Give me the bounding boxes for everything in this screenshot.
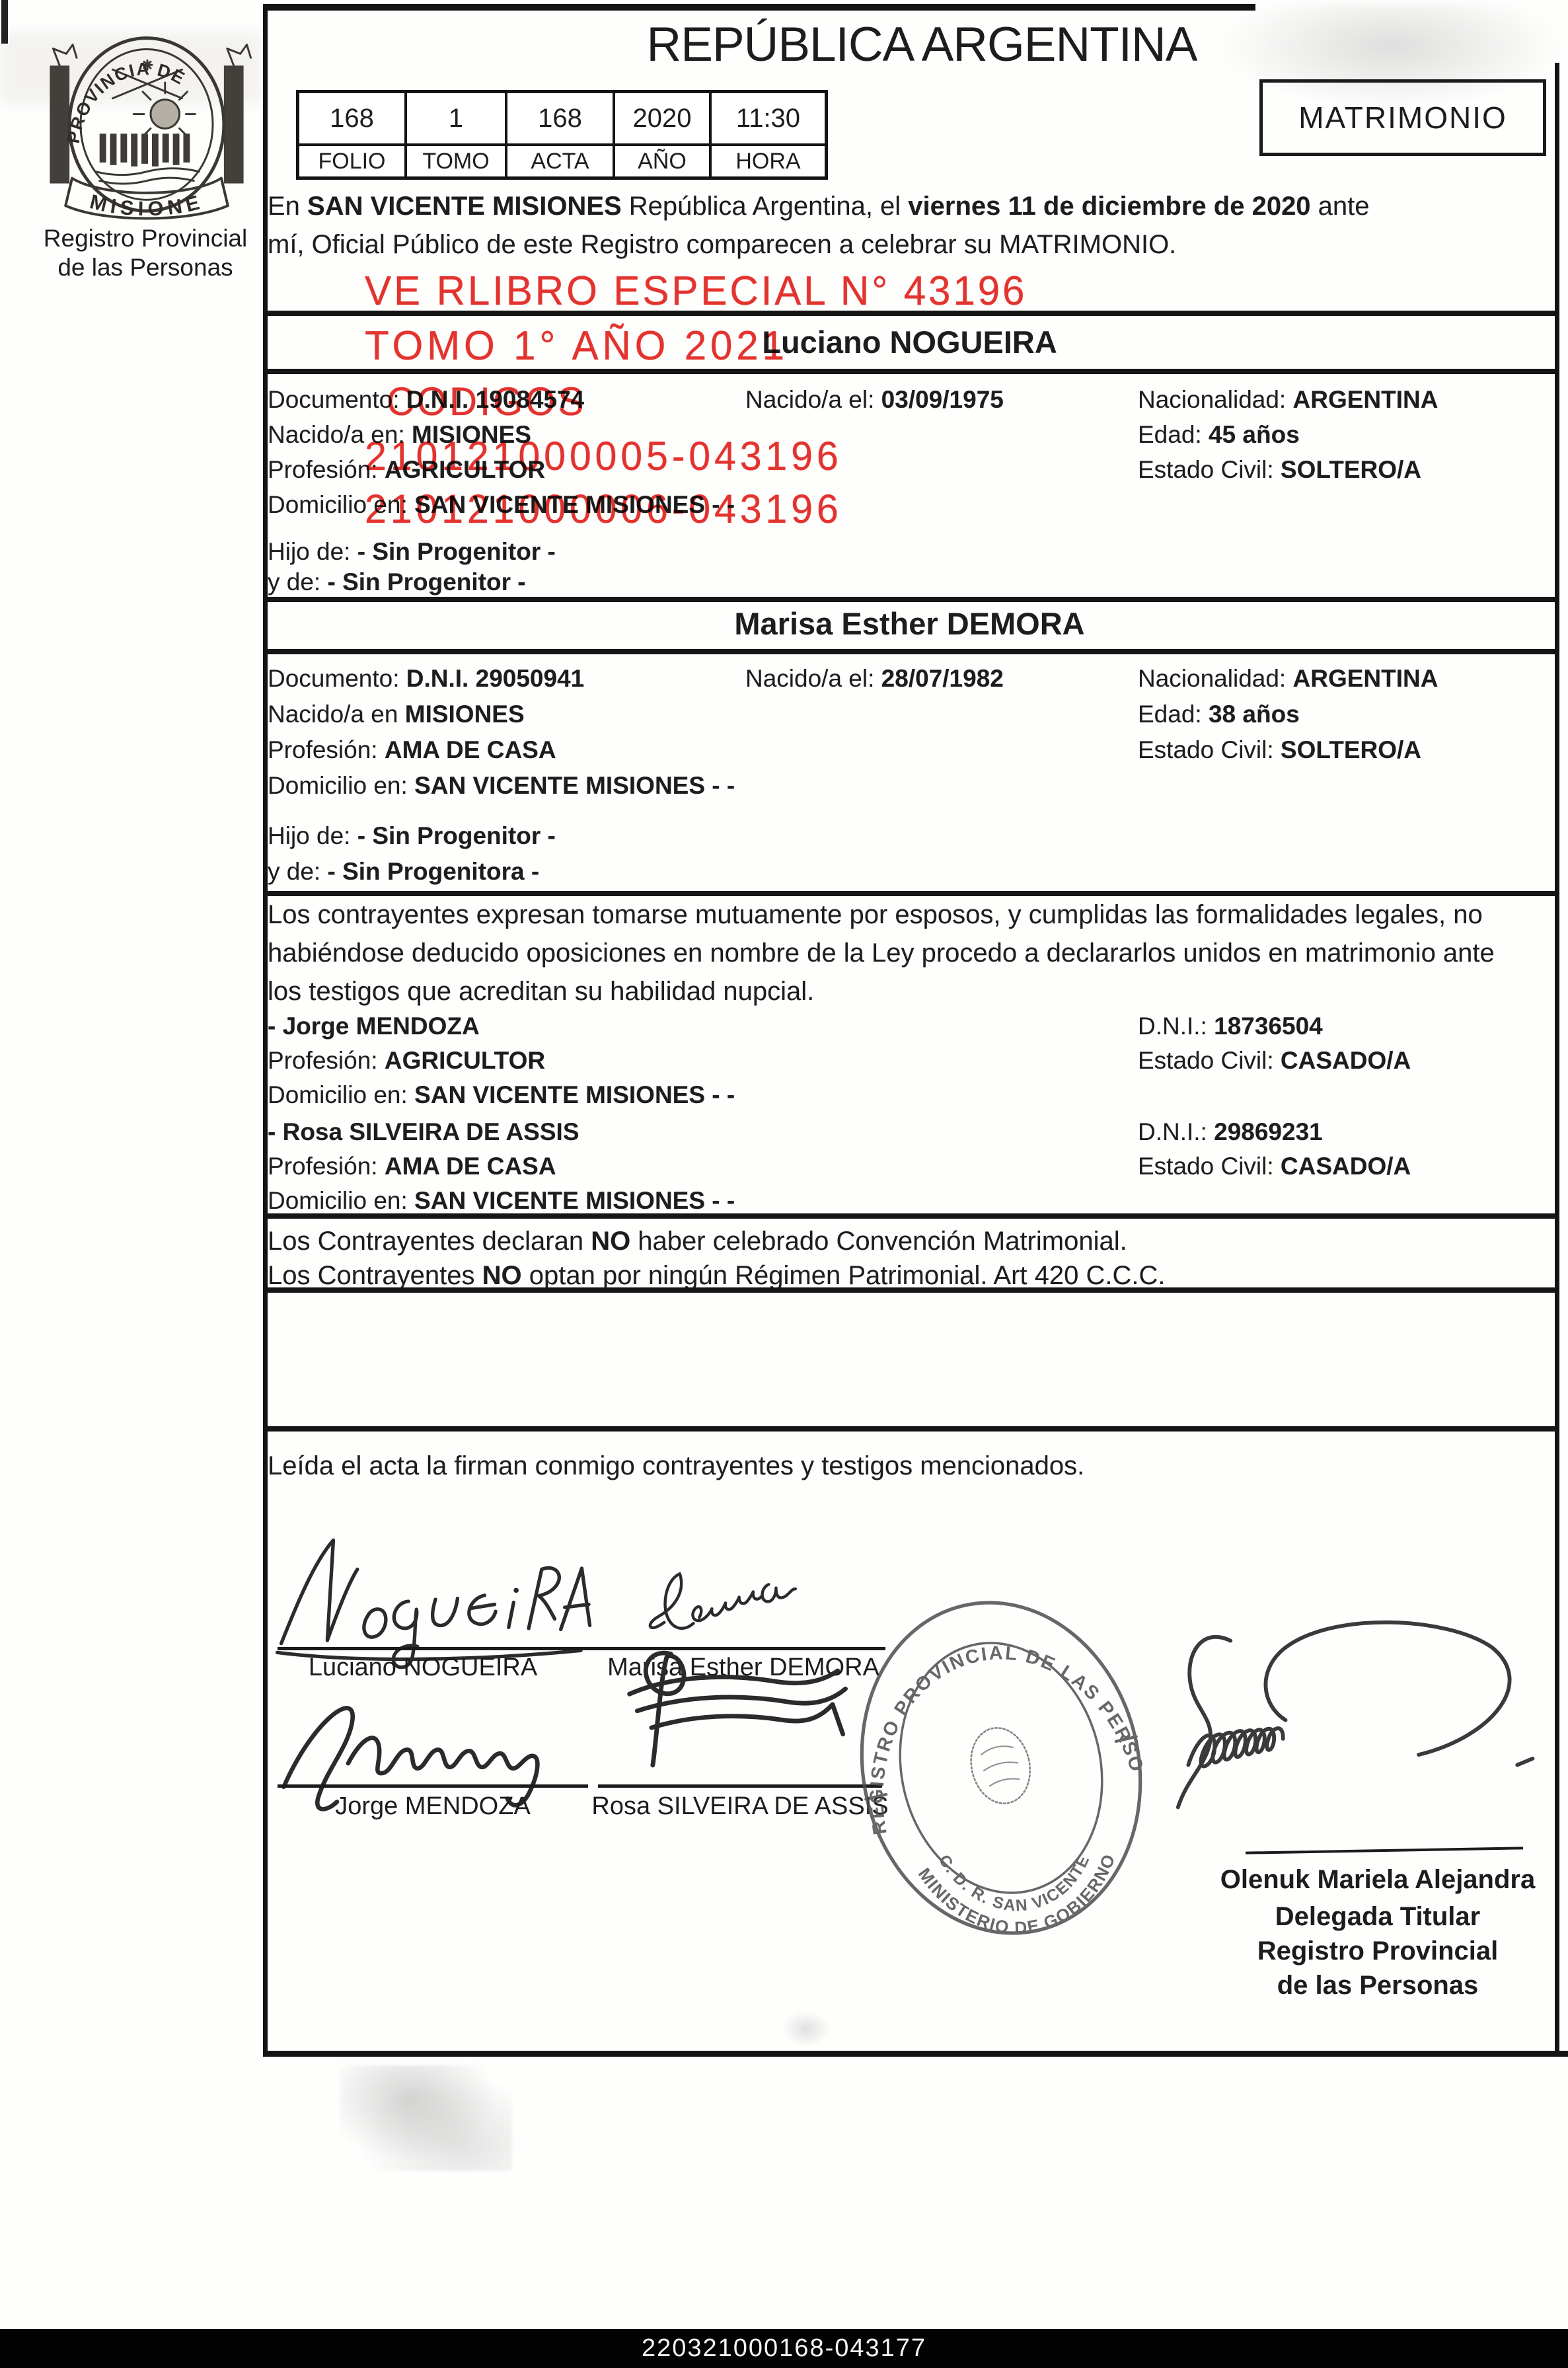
closing-line: Leída el acta la firman conmigo contraye… bbox=[268, 1451, 1084, 1481]
groom-nacido-el-label: Nacido/a el: bbox=[745, 386, 874, 413]
bride-profesion-row: Profesión: AMA DE CASA bbox=[268, 736, 556, 764]
bride-documento-row: Documento: D.N.I. 29050941 bbox=[268, 665, 584, 693]
witness1-signature-rule bbox=[278, 1784, 588, 1788]
scan-smudge-small bbox=[780, 2009, 833, 2049]
bride-profesion-value: AMA DE CASA bbox=[385, 736, 556, 763]
bride-nacido-en-value: MISIONES bbox=[405, 701, 525, 728]
bride-edad-row: Edad: 38 años bbox=[1138, 701, 1300, 728]
bride-nacido-en-row: Nacido/a en MISIONES bbox=[268, 701, 525, 728]
groom-edad-value: 45 años bbox=[1209, 421, 1300, 448]
groom-nacionalidad-label: Nacionalidad: bbox=[1138, 386, 1286, 413]
doc-type-label: MATRIMONIO bbox=[1298, 100, 1507, 135]
divider-declaration bbox=[264, 891, 1555, 896]
bride-domicilio-row: Domicilio en: SAN VICENTE MISIONES - - bbox=[268, 772, 735, 800]
page-bottom-rule bbox=[263, 2051, 1568, 2057]
witness2-profesion-row: Profesión: AMA DE CASA bbox=[268, 1153, 556, 1180]
page-right-rule bbox=[1555, 63, 1559, 2056]
regimen-line2-c: optan por ningún Régimen Patrimonial. Ar… bbox=[522, 1261, 1166, 1290]
witness1-estado-value: CASADO/A bbox=[1281, 1047, 1411, 1074]
page-top-rule bbox=[264, 4, 1255, 11]
red-stamp-line3: CODIGOS bbox=[387, 379, 586, 424]
regimen-line1: Los Contrayentes declaran NO haber celeb… bbox=[268, 1227, 1127, 1256]
regimen-line2: Los Contrayentes NO optan por ningún Rég… bbox=[268, 1261, 1166, 1291]
divider-empty-top bbox=[264, 1287, 1555, 1293]
anio-label: AÑO bbox=[615, 146, 712, 176]
bride-edad-value: 38 años bbox=[1209, 701, 1300, 728]
footer-code-bar: 220321000168-043177 bbox=[0, 2329, 1568, 2368]
witness1-profesion-label: Profesión: bbox=[268, 1047, 378, 1074]
witness2-profesion-label: Profesión: bbox=[268, 1153, 378, 1180]
bride-nacido-en-label: Nacido/a en bbox=[268, 701, 398, 728]
bride-yde-row: y de: - Sin Progenitora - bbox=[268, 858, 539, 886]
witness1-signature-label: Jorge MENDOZA bbox=[311, 1792, 555, 1821]
bride-name-heading: Marisa Esther DEMORA bbox=[264, 605, 1555, 642]
groom-nacido-el-row: Nacido/a el: 03/09/1975 bbox=[745, 386, 1004, 414]
witness2-dni-value: 29869231 bbox=[1214, 1118, 1323, 1145]
intro-date: viernes 11 de diciembre de 2020 bbox=[908, 192, 1310, 221]
groom-hijo-row: Hijo de: - Sin Progenitor - bbox=[268, 538, 556, 566]
official-title: Delegada Titular bbox=[1206, 1902, 1549, 1932]
official-org-line2: de las Personas bbox=[1206, 1971, 1549, 2001]
intro-place: SAN VICENTE MISIONES bbox=[307, 192, 622, 221]
divider-bride-bottom bbox=[264, 649, 1555, 654]
regimen-line1-a: Los Contrayentes declaran bbox=[268, 1227, 591, 1256]
regimen-line2-a: Los Contrayentes bbox=[268, 1261, 482, 1290]
scan-mark-topleft bbox=[1, 0, 8, 44]
bride-domicilio-label: Domicilio en: bbox=[268, 772, 408, 799]
groom-estado-row: Estado Civil: SOLTERO/A bbox=[1138, 456, 1421, 484]
stamp-arc-top-text: REGISTRO PROVINCIAL DE LAS PERSONAS bbox=[790, 1539, 1148, 1843]
seal-water-lines bbox=[96, 169, 199, 184]
official-org-line1: Registro Provincial bbox=[1206, 1936, 1549, 1966]
official-signature bbox=[1133, 1596, 1543, 1834]
marriage-certificate-scan: PROVINCIA DE MISIONES Registro Provincia… bbox=[0, 0, 1568, 2368]
seal-sun bbox=[133, 83, 195, 141]
witness2-dni-row: D.N.I.: 29869231 bbox=[1138, 1118, 1323, 1146]
seal-left-column bbox=[50, 65, 69, 183]
bride-yde-value: - Sin Progenitora - bbox=[328, 858, 540, 885]
groom-profesion-label: Profesión: bbox=[268, 456, 378, 483]
tomo-value: 1 bbox=[407, 93, 507, 146]
bride-hijo-label: Hijo de: bbox=[268, 822, 350, 849]
bride-hijo-row: Hijo de: - Sin Progenitor - bbox=[268, 822, 556, 850]
declaration-line1: Los contrayentes expresan tomarse mutuam… bbox=[268, 900, 1483, 930]
intro-seg-e: ante bbox=[1311, 192, 1370, 221]
groom-edad-label: Edad: bbox=[1138, 421, 1202, 448]
witness1-estado-label: Estado Civil: bbox=[1138, 1047, 1274, 1074]
witness2-domicilio-label: Domicilio en: bbox=[268, 1187, 408, 1214]
bride-yde-label: y de: bbox=[268, 858, 320, 885]
org-name-line1: Registro Provincial bbox=[20, 225, 271, 252]
seal-waterfall bbox=[100, 134, 190, 167]
declaration-line3: los testigos que acreditan su habilidad … bbox=[268, 977, 814, 1007]
bride-edad-label: Edad: bbox=[1138, 701, 1202, 728]
bride-hijo-value: - Sin Progenitor - bbox=[357, 822, 556, 849]
official-signature-rule bbox=[1246, 1847, 1523, 1854]
acta-label: ACTA bbox=[507, 146, 615, 176]
groom-nacionalidad-row: Nacionalidad: ARGENTINA bbox=[1138, 386, 1438, 414]
bride-nacido-el-value: 28/07/1982 bbox=[881, 665, 1004, 692]
stamp-center-shield bbox=[964, 1722, 1037, 1809]
witness1-domicilio-row: Domicilio en: SAN VICENTE MISIONES - - bbox=[268, 1081, 735, 1109]
bride-nacionalidad-value: ARGENTINA bbox=[1293, 665, 1438, 692]
witness2-estado-label: Estado Civil: bbox=[1138, 1153, 1274, 1180]
province-seal-logo: PROVINCIA DE MISIONES bbox=[34, 15, 259, 221]
witness1-name: - Jorge MENDOZA bbox=[268, 1012, 480, 1040]
bride-documento-value: D.N.I. 29050941 bbox=[406, 665, 584, 692]
witness1-profesion-value: AGRICULTOR bbox=[385, 1047, 545, 1074]
witness1-domicilio-label: Domicilio en: bbox=[268, 1081, 408, 1108]
witness1-profesion-row: Profesión: AGRICULTOR bbox=[268, 1047, 545, 1075]
registry-oval-stamp: REGISTRO PROVINCIAL DE LAS PERSONAS MINI… bbox=[839, 1583, 1163, 1953]
groom-signature-rule bbox=[278, 1647, 621, 1650]
witness1-dni-row: D.N.I.: 18736504 bbox=[1138, 1012, 1323, 1040]
folio-label: FOLIO bbox=[299, 146, 407, 176]
hora-value: 11:30 bbox=[712, 93, 825, 146]
bride-nacionalidad-row: Nacionalidad: ARGENTINA bbox=[1138, 665, 1438, 693]
divider-empty-bottom bbox=[264, 1426, 1555, 1432]
folio-table: 168 1 168 2020 11:30 FOLIO TOMO ACTA AÑO… bbox=[296, 90, 828, 180]
witness2-estado-row: Estado Civil: CASADO/A bbox=[1138, 1153, 1411, 1180]
red-stamp-code2: 210121000006-043196 bbox=[365, 486, 842, 532]
groom-yde-row: y de: - Sin Progenitor - bbox=[268, 568, 526, 596]
groom-nacido-el-value: 03/09/1975 bbox=[881, 386, 1004, 413]
groom-yde-value: - Sin Progenitor - bbox=[328, 568, 526, 595]
scan-smudge-bottom bbox=[340, 2065, 512, 2171]
footer-code: 220321000168-043177 bbox=[642, 2334, 926, 2363]
svg-text:REGISTRO PROVINCIAL DE LAS PER: REGISTRO PROVINCIAL DE LAS PERSONAS bbox=[790, 1539, 1148, 1843]
org-name-line2: de las Personas bbox=[20, 254, 271, 282]
acta-value: 168 bbox=[507, 93, 615, 146]
groom-estado-label: Estado Civil: bbox=[1138, 456, 1274, 483]
groom-hijo-label: Hijo de: bbox=[268, 538, 350, 565]
bride-documento-label: Documento: bbox=[268, 665, 400, 692]
intro-line1: En SAN VICENTE MISIONES República Argent… bbox=[268, 192, 1370, 221]
witness2-domicilio-value: SAN VICENTE MISIONES - - bbox=[414, 1187, 735, 1214]
bride-estado-value: SOLTERO/A bbox=[1281, 736, 1421, 763]
red-stamp-line1: VE RLIBRO ESPECIAL N° 43196 bbox=[365, 268, 1027, 315]
seal-right-column bbox=[224, 65, 244, 183]
red-stamp-line2: TOMO 1° AÑO 2021 bbox=[365, 323, 788, 369]
witness2-domicilio-row: Domicilio en: SAN VICENTE MISIONES - - bbox=[268, 1187, 735, 1215]
witness2-name: - Rosa SILVEIRA DE ASSIS bbox=[268, 1118, 579, 1146]
divider-regimen-top bbox=[264, 1213, 1555, 1219]
bride-estado-row: Estado Civil: SOLTERO/A bbox=[1138, 736, 1421, 764]
regimen-line1-c: haber celebrado Convención Matrimonial. bbox=[630, 1227, 1127, 1256]
groom-hijo-value: - Sin Progenitor - bbox=[357, 538, 556, 565]
groom-nacionalidad-value: ARGENTINA bbox=[1293, 386, 1438, 413]
bride-domicilio-value: SAN VICENTE MISIONES - - bbox=[414, 772, 735, 799]
groom-estado-value: SOLTERO/A bbox=[1281, 456, 1421, 483]
divider-groom-bottom bbox=[264, 369, 1555, 374]
witness1-domicilio-value: SAN VICENTE MISIONES - - bbox=[414, 1081, 735, 1108]
witness1-dni-value: 18736504 bbox=[1214, 1012, 1323, 1040]
folio-value: 168 bbox=[299, 93, 407, 146]
witness1-estado-row: Estado Civil: CASADO/A bbox=[1138, 1047, 1411, 1075]
bride-nacionalidad-label: Nacionalidad: bbox=[1138, 665, 1286, 692]
witness2-estado-value: CASADO/A bbox=[1281, 1153, 1411, 1180]
witness2-dni-label: D.N.I.: bbox=[1138, 1118, 1207, 1145]
bride-profesion-label: Profesión: bbox=[268, 736, 378, 763]
official-name: Olenuk Mariela Alejandra bbox=[1206, 1865, 1549, 1895]
divider-bride-top bbox=[264, 597, 1555, 602]
hora-label: HORA bbox=[712, 146, 825, 176]
anio-value: 2020 bbox=[615, 93, 712, 146]
bride-nacido-el-row: Nacido/a el: 28/07/1982 bbox=[745, 665, 1004, 693]
intro-line2: mí, Oficial Público de este Registro com… bbox=[268, 230, 1176, 260]
groom-documento-label: Documento: bbox=[268, 386, 400, 413]
bride-nacido-el-label: Nacido/a el: bbox=[745, 665, 874, 692]
bride-estado-label: Estado Civil: bbox=[1138, 736, 1274, 763]
tomo-label: TOMO bbox=[407, 146, 507, 176]
witness1-dni-label: D.N.I.: bbox=[1138, 1012, 1207, 1040]
red-stamp-code1: 210121000005-043196 bbox=[365, 433, 842, 479]
doc-type-box: MATRIMONIO bbox=[1259, 79, 1546, 156]
declaration-line2: habiéndose deducido oposiciones en nombr… bbox=[268, 938, 1495, 968]
page-title: REPÚBLICA ARGENTINA bbox=[621, 17, 1222, 72]
intro-seg-a: En bbox=[268, 192, 307, 221]
groom-yde-label: y de: bbox=[268, 568, 320, 595]
groom-edad-row: Edad: 45 años bbox=[1138, 421, 1300, 449]
witness2-profesion-value: AMA DE CASA bbox=[385, 1153, 556, 1180]
intro-seg-c: República Argentina, el bbox=[622, 192, 909, 221]
regimen-line1-no: NO bbox=[591, 1227, 630, 1256]
regimen-line2-no: NO bbox=[482, 1261, 522, 1290]
